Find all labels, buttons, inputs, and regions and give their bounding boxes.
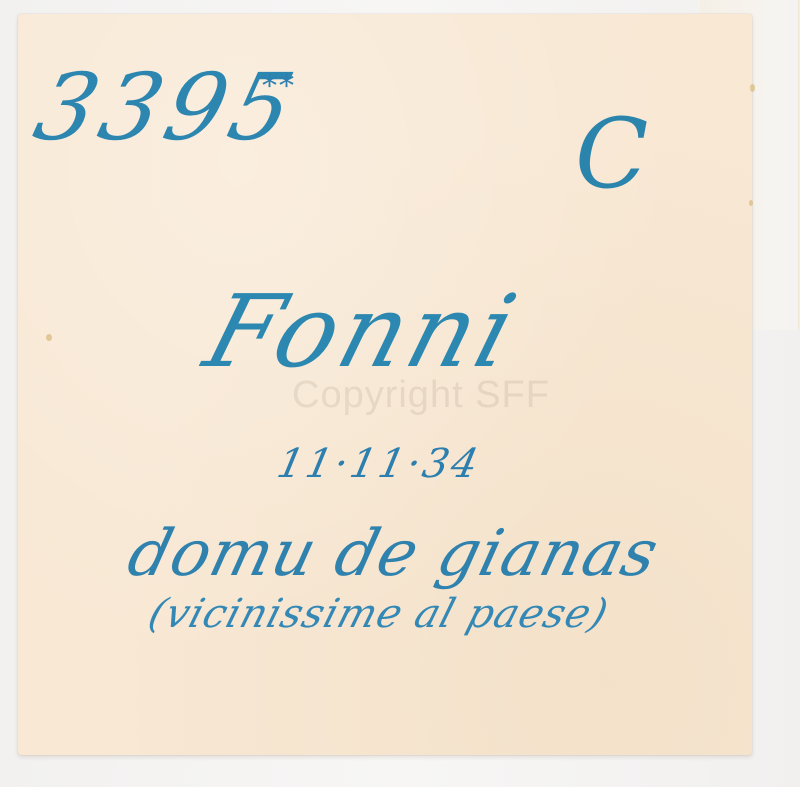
place-name: Fonni (196, 282, 530, 382)
paper-stain (750, 84, 755, 92)
catalog-marks: ** (262, 72, 296, 102)
note: (vicinissime al paese) (144, 594, 613, 634)
paper-stain (749, 200, 753, 206)
paper-stain (46, 334, 52, 341)
photo-background: 3395 ** C Fonni Copyright SFF 11·11·34 d… (0, 0, 800, 787)
copyright-watermark: Copyright SFF (292, 374, 550, 417)
subject: domu de gianas (122, 522, 665, 586)
series-letter: C (575, 106, 648, 202)
date: 11·11·34 (274, 444, 485, 484)
